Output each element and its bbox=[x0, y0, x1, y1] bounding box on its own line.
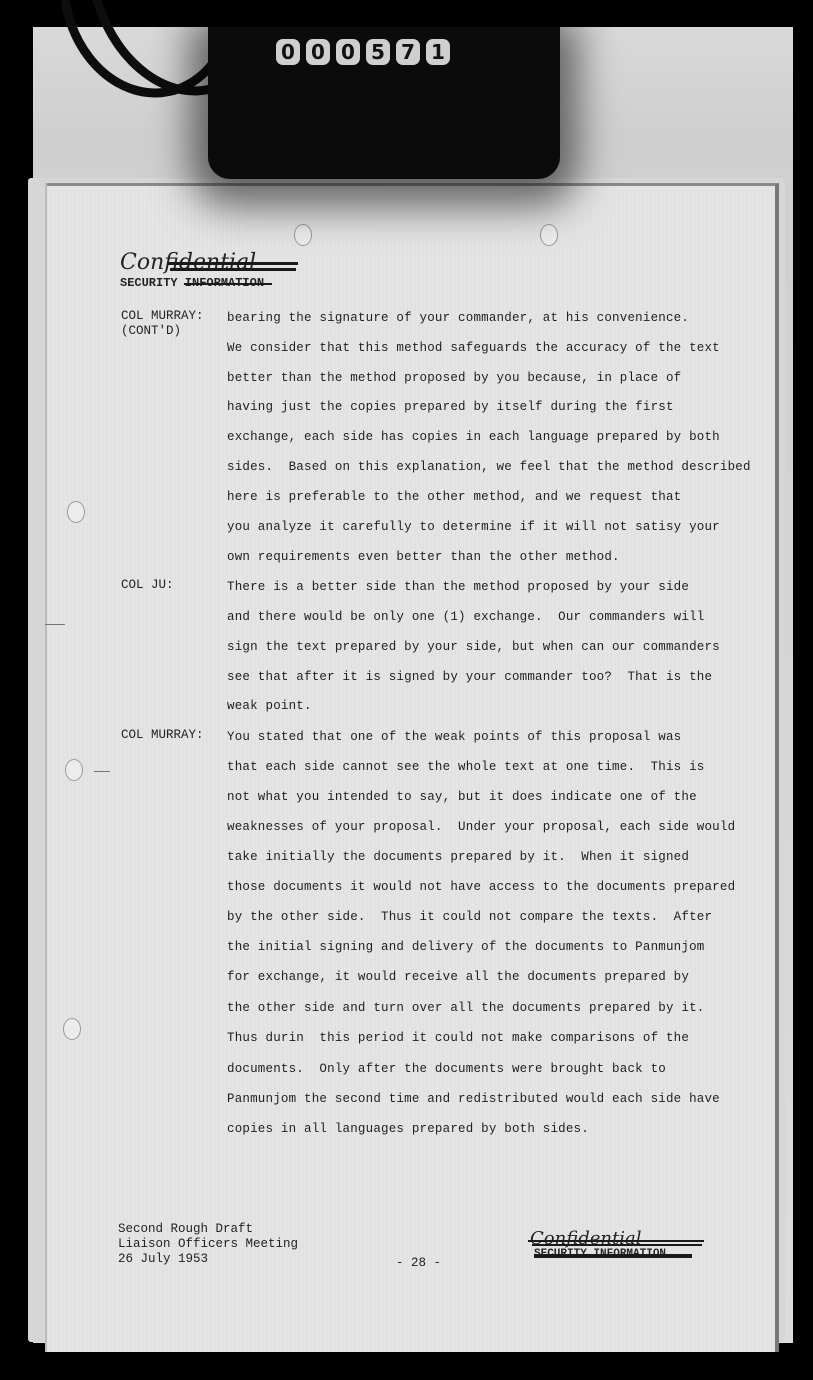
strikeout-mark bbox=[534, 1254, 692, 1258]
counter-digit: 5 bbox=[366, 39, 390, 65]
classification-footer: Confidential SECURITY INFORMATION bbox=[528, 1228, 708, 1264]
counter-digit: 0 bbox=[276, 39, 300, 65]
punch-hole-icon bbox=[540, 224, 558, 246]
transcript-line: Panmunjom the second time and redistribu… bbox=[227, 1092, 720, 1106]
strikeout-mark bbox=[170, 268, 296, 271]
transcript-line: having just the copies prepared by itsel… bbox=[227, 400, 674, 414]
strikeout-mark bbox=[528, 1240, 704, 1242]
transcript-line: by the other side. Thus it could not com… bbox=[227, 910, 712, 924]
transcript-line: not what you intended to say, but it doe… bbox=[227, 790, 697, 804]
page-number: - 28 - bbox=[396, 1256, 441, 1270]
punch-hole-icon bbox=[294, 224, 312, 246]
counter-digit: 1 bbox=[426, 39, 450, 65]
transcript-line: you analyze it carefully to determine if… bbox=[227, 520, 720, 534]
transcript-line: the other side and turn over all the doc… bbox=[227, 1001, 704, 1015]
transcript-line: sign the text prepared by your side, but… bbox=[227, 640, 720, 654]
transcript-line: We consider that this method safeguards … bbox=[227, 341, 720, 355]
scan-mark bbox=[45, 624, 65, 625]
strikeout-mark bbox=[532, 1244, 702, 1246]
transcript-line: sides. Based on this explanation, we fee… bbox=[227, 460, 751, 474]
transcript-line: There is a better side than the method p… bbox=[227, 580, 689, 594]
transcript-line: weak point. bbox=[227, 699, 312, 713]
counter-digits: 0 0 0 5 7 1 bbox=[276, 39, 450, 65]
transcript-line: see that after it is signed by your comm… bbox=[227, 670, 712, 684]
transcript-line: the initial signing and delivery of the … bbox=[227, 940, 704, 954]
scan-mark bbox=[94, 771, 110, 772]
counter-digit: 0 bbox=[306, 39, 330, 65]
speaker-label: COL MURRAY: bbox=[121, 728, 204, 742]
transcript-line: bearing the signature of your commander,… bbox=[227, 311, 689, 325]
transcript-line: and there would be only one (1) exchange… bbox=[227, 610, 704, 624]
classification-header: Confidential SECURITY INFORMATION bbox=[120, 252, 310, 292]
transcript-line: better than the method proposed by you b… bbox=[227, 371, 681, 385]
draft-info: Second Rough Draft Liaison Officers Meet… bbox=[118, 1222, 298, 1267]
speaker-label: COL JU: bbox=[121, 578, 174, 592]
transcript-line: Thus durin this period it could not make… bbox=[227, 1031, 689, 1045]
transcript-line: here is preferable to the other method, … bbox=[227, 490, 681, 504]
speaker-label: COL MURRAY: (CONT'D) bbox=[121, 309, 204, 339]
transcript-line: those documents it would not have access… bbox=[227, 880, 735, 894]
punch-hole-icon bbox=[63, 1018, 81, 1040]
counter-digit: 7 bbox=[396, 39, 420, 65]
transcript-line: weaknesses of your proposal. Under your … bbox=[227, 820, 735, 834]
punch-hole-icon bbox=[65, 759, 83, 781]
transcript-line: for exchange, it would receive all the d… bbox=[227, 970, 689, 984]
transcript-line: take initially the documents prepared by… bbox=[227, 850, 689, 864]
transcript-line: documents. Only after the documents were… bbox=[227, 1062, 666, 1076]
strikeout-mark bbox=[184, 283, 272, 285]
strikeout-mark bbox=[168, 262, 298, 265]
transcript-line: copies in all languages prepared by both… bbox=[227, 1122, 589, 1136]
frame-counter: 0 0 0 5 7 1 bbox=[208, 27, 560, 179]
counter-digit: 0 bbox=[336, 39, 360, 65]
transcript-line: that each side cannot see the whole text… bbox=[227, 760, 704, 774]
transcript-line: exchange, each side has copies in each l… bbox=[227, 430, 720, 444]
transcript-line: own requirements even better than the ot… bbox=[227, 550, 620, 564]
punch-hole-icon bbox=[67, 501, 85, 523]
transcript-line: You stated that one of the weak points o… bbox=[227, 730, 681, 744]
